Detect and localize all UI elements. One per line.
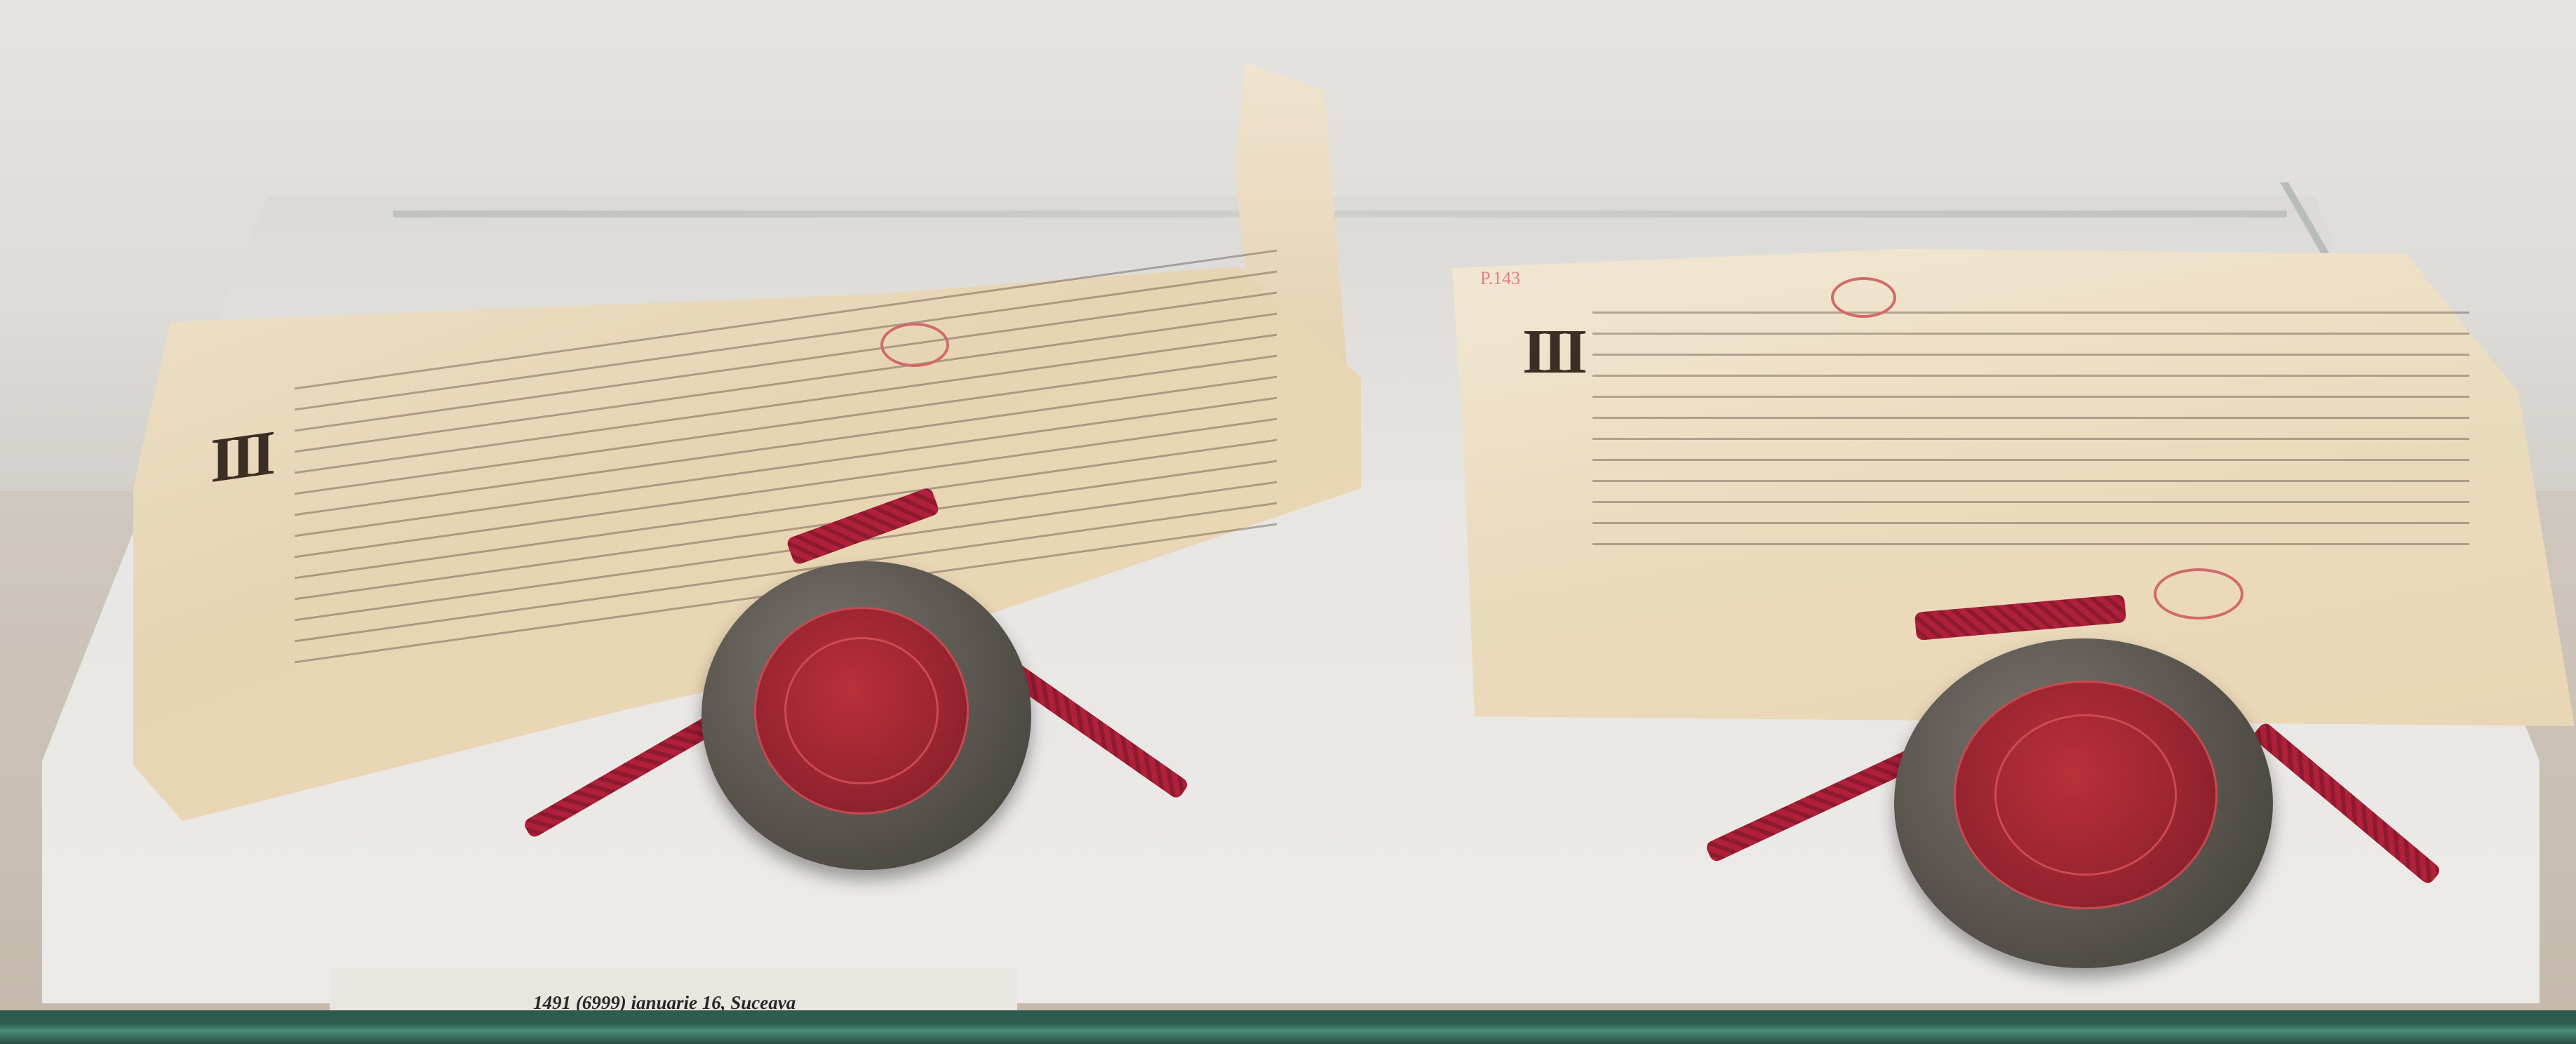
glass-case-top-edge [393, 210, 2287, 217]
glass-case-front-edge [0, 1010, 2576, 1044]
right-charter-invocation-monogram: ІІІ [1522, 316, 1583, 388]
left-charter-archive-stamp [880, 323, 949, 367]
left-seal-red-face [754, 607, 969, 815]
right-charter-archive-stamp-bottom [2154, 568, 2243, 620]
left-seal-inner-ring [784, 637, 939, 784]
right-charter-reference-number: P.143 [1480, 268, 1520, 289]
right-wax-seal [1894, 638, 2273, 968]
right-seal-red-face [1954, 681, 2218, 909]
right-seal-inner-ring [1994, 714, 2177, 876]
right-charter-script [1592, 302, 2469, 554]
left-wax-seal [702, 561, 1031, 870]
left-charter-invocation-monogram: ІІІ [210, 417, 271, 497]
right-charter-archive-stamp-top [1831, 277, 1896, 318]
